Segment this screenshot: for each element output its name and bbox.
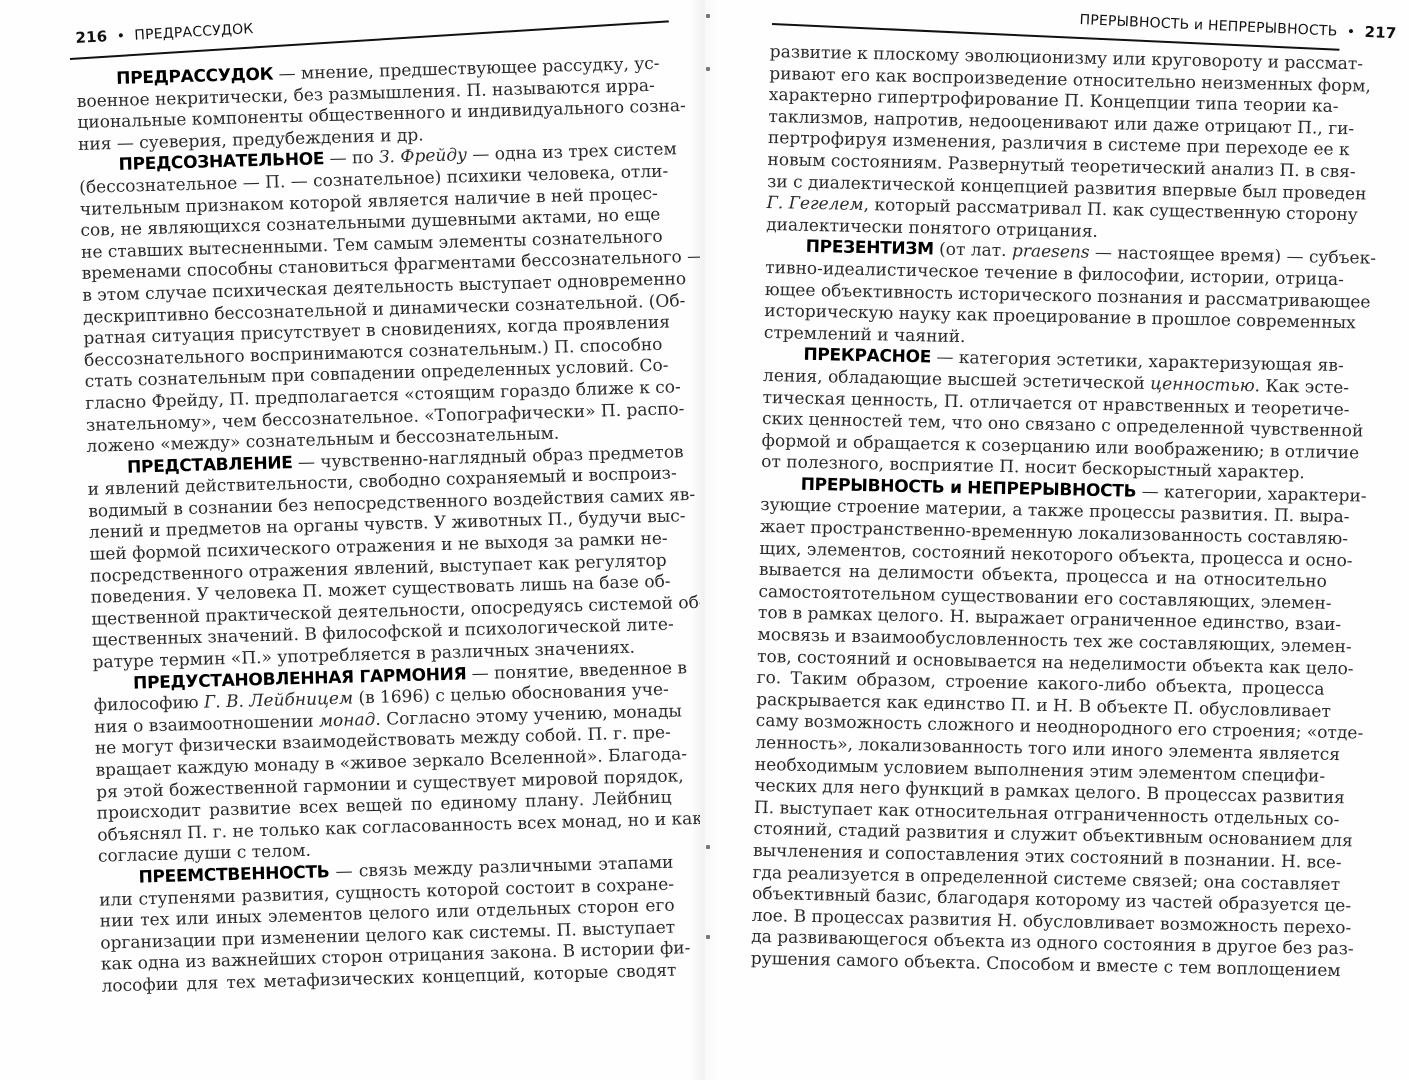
italic-reference: Г. Гегелем <box>766 193 863 215</box>
right-page-text: развитие к плоскому эволюционизму или кр… <box>751 42 1338 982</box>
line-text: — по <box>324 148 379 170</box>
bullet-separator: • <box>1342 24 1360 41</box>
page-number-left: 216 <box>75 27 108 47</box>
binding-mark <box>706 14 710 18</box>
entry-headword: ПРЕДРАССУДОК <box>116 64 274 88</box>
bullet-separator: • <box>112 28 131 45</box>
italic-reference: Г. В. Лейбницем <box>204 689 354 713</box>
italic-reference: praesens <box>1012 241 1090 263</box>
binding-mark <box>706 845 710 849</box>
book-gutter <box>690 0 720 1080</box>
line-text: (от лат. <box>934 240 1013 262</box>
line-text: — категории, характери- <box>1136 482 1367 507</box>
italic-reference: монад <box>319 710 376 732</box>
binding-mark <box>706 67 710 71</box>
italic-reference: ценностью <box>1150 374 1255 396</box>
left-page: 216 • ПРЕДРАССУДОК ПРЕДРАССУДОК — мнение… <box>0 0 700 1080</box>
line-text: . Как эсте- <box>1254 376 1349 398</box>
line-text: философию <box>93 693 204 716</box>
running-head-title-left: ПРЕДРАССУДОК <box>134 21 254 44</box>
entry-headword: ПРЕЗЕНТИЗМ <box>806 237 934 260</box>
binding-mark <box>706 935 710 939</box>
line-text: стремлений и чаяний. <box>764 323 966 347</box>
italic-reference: З. Фрейду <box>379 145 468 167</box>
entry-headword: ПРЕКРАСНОЕ <box>803 345 931 368</box>
entry-headword: ПРЕДСТАВЛЕНИЕ <box>127 453 293 478</box>
page-number-right: 217 <box>1364 23 1397 42</box>
left-page-text: ПРЕДРАССУДОК — мнение, предшествующее ра… <box>76 54 677 998</box>
left-running-head: 216 • ПРЕДРАССУДОК <box>75 19 254 47</box>
